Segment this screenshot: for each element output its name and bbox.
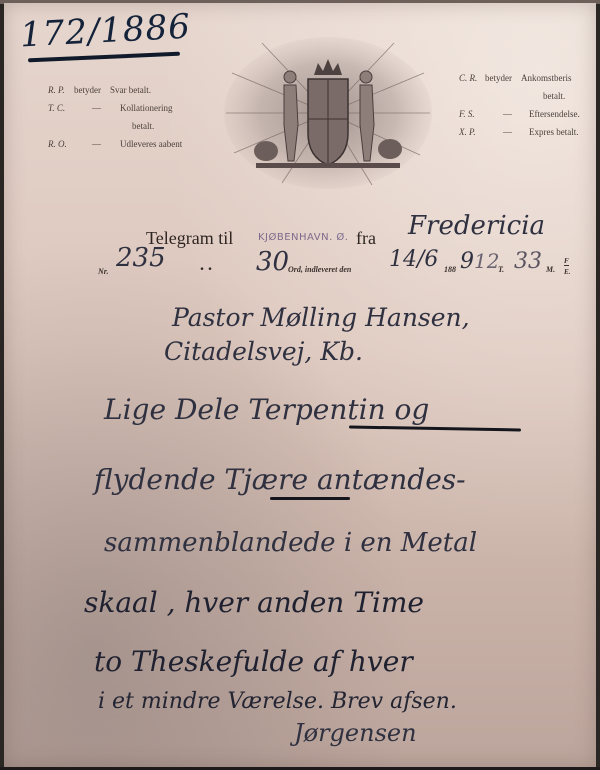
legend-description: Kollationering (120, 99, 173, 117)
legend-description: Expres betalt. (529, 123, 578, 141)
hour: 12 (474, 249, 499, 273)
telegram-paper: 172/1886 R. P. betyder Svar betalt. T. C… (4, 3, 596, 767)
fraction-bottom: E. (564, 268, 570, 276)
words-label: Ord, indleveret den (288, 265, 351, 274)
fraction-top: F (564, 257, 569, 266)
message-line-2: flydende Tjære antændes- (94, 463, 466, 496)
legend-row: betalt. (459, 87, 599, 105)
word-count: 30 (256, 247, 289, 277)
legend-abbr: X. P. (459, 123, 476, 141)
message-line-1: Lige Dele Terpentin og (104, 393, 429, 426)
legend-description: Ankomstberis (521, 69, 572, 87)
year-prefix: 188 (444, 265, 456, 274)
legend-left: R. P. betyder Svar betalt. T. C. — Kolla… (48, 81, 208, 153)
underline-tjaere (270, 497, 350, 500)
legend-description: Eftersendelse. (529, 105, 580, 123)
legend-row: betalt. (48, 117, 208, 135)
year-suffix: 9 (460, 249, 474, 274)
legend-abbr: F. S. (459, 105, 475, 123)
legend-abbr: R. P. (48, 81, 65, 99)
legend-connector: — (92, 135, 101, 153)
legend-description: Udleveres aabent (120, 135, 182, 153)
legend-description-cont: betalt. (132, 117, 154, 135)
nr-label: Nr. (98, 267, 108, 276)
minutes: 33 (514, 249, 542, 274)
legend-row: F. S. — Eftersendelse. (459, 105, 599, 123)
legend-row: R. O. — Udleveres aabent (48, 135, 208, 153)
legend-connector: betyder (74, 81, 101, 99)
legend-description: Svar betalt. (110, 81, 151, 99)
telegram-number: 235 (116, 243, 166, 273)
coat-of-arms-icon (222, 33, 434, 193)
legend-abbr: T. C. (48, 99, 65, 117)
legend-connector: betyder (485, 69, 512, 87)
legend-description-cont: betalt. (543, 87, 565, 105)
destination-stamp: KJØBENHAVN. Ø. (258, 232, 349, 243)
legend-right: C. R. betyder Ankomstberis betalt. F. S.… (459, 69, 599, 141)
message-line-3: sammenblandede i en Metal (104, 528, 477, 558)
recipient-line-1: Pastor Mølling Hansen, (172, 303, 470, 332)
legend-row: T. C. — Kollationering (48, 99, 208, 117)
signature: Jørgensen (294, 719, 417, 747)
t-label: T. (498, 265, 504, 274)
message-line-6: i et mindre Værelse. Brev afsen. (98, 689, 457, 714)
from-label: fra (356, 228, 376, 249)
origin-handwritten: Fredericia (408, 211, 545, 241)
m-label: M. (546, 265, 555, 274)
underline-terpentin (349, 425, 521, 431)
date: 14/6 (389, 247, 438, 272)
message-line-4: skaal , hver anden Time (84, 586, 424, 619)
legend-connector: — (503, 105, 512, 123)
legend-row: R. P. betyder Svar betalt. (48, 81, 208, 99)
archive-number: 172/1886 (19, 7, 192, 56)
legend-abbr: C. R. (459, 69, 477, 87)
legend-connector: — (92, 99, 101, 117)
legend-connector: — (503, 123, 512, 141)
recipient-line-2: Citadelsvej, Kb. (164, 337, 363, 366)
legend-abbr: R. O. (48, 135, 67, 153)
legend-row: X. P. — Expres betalt. (459, 123, 599, 141)
message-line-5: to Theskefulde af hver (94, 645, 413, 678)
legend-row: C. R. betyder Ankomstberis (459, 69, 599, 87)
dots: . . (200, 257, 212, 275)
